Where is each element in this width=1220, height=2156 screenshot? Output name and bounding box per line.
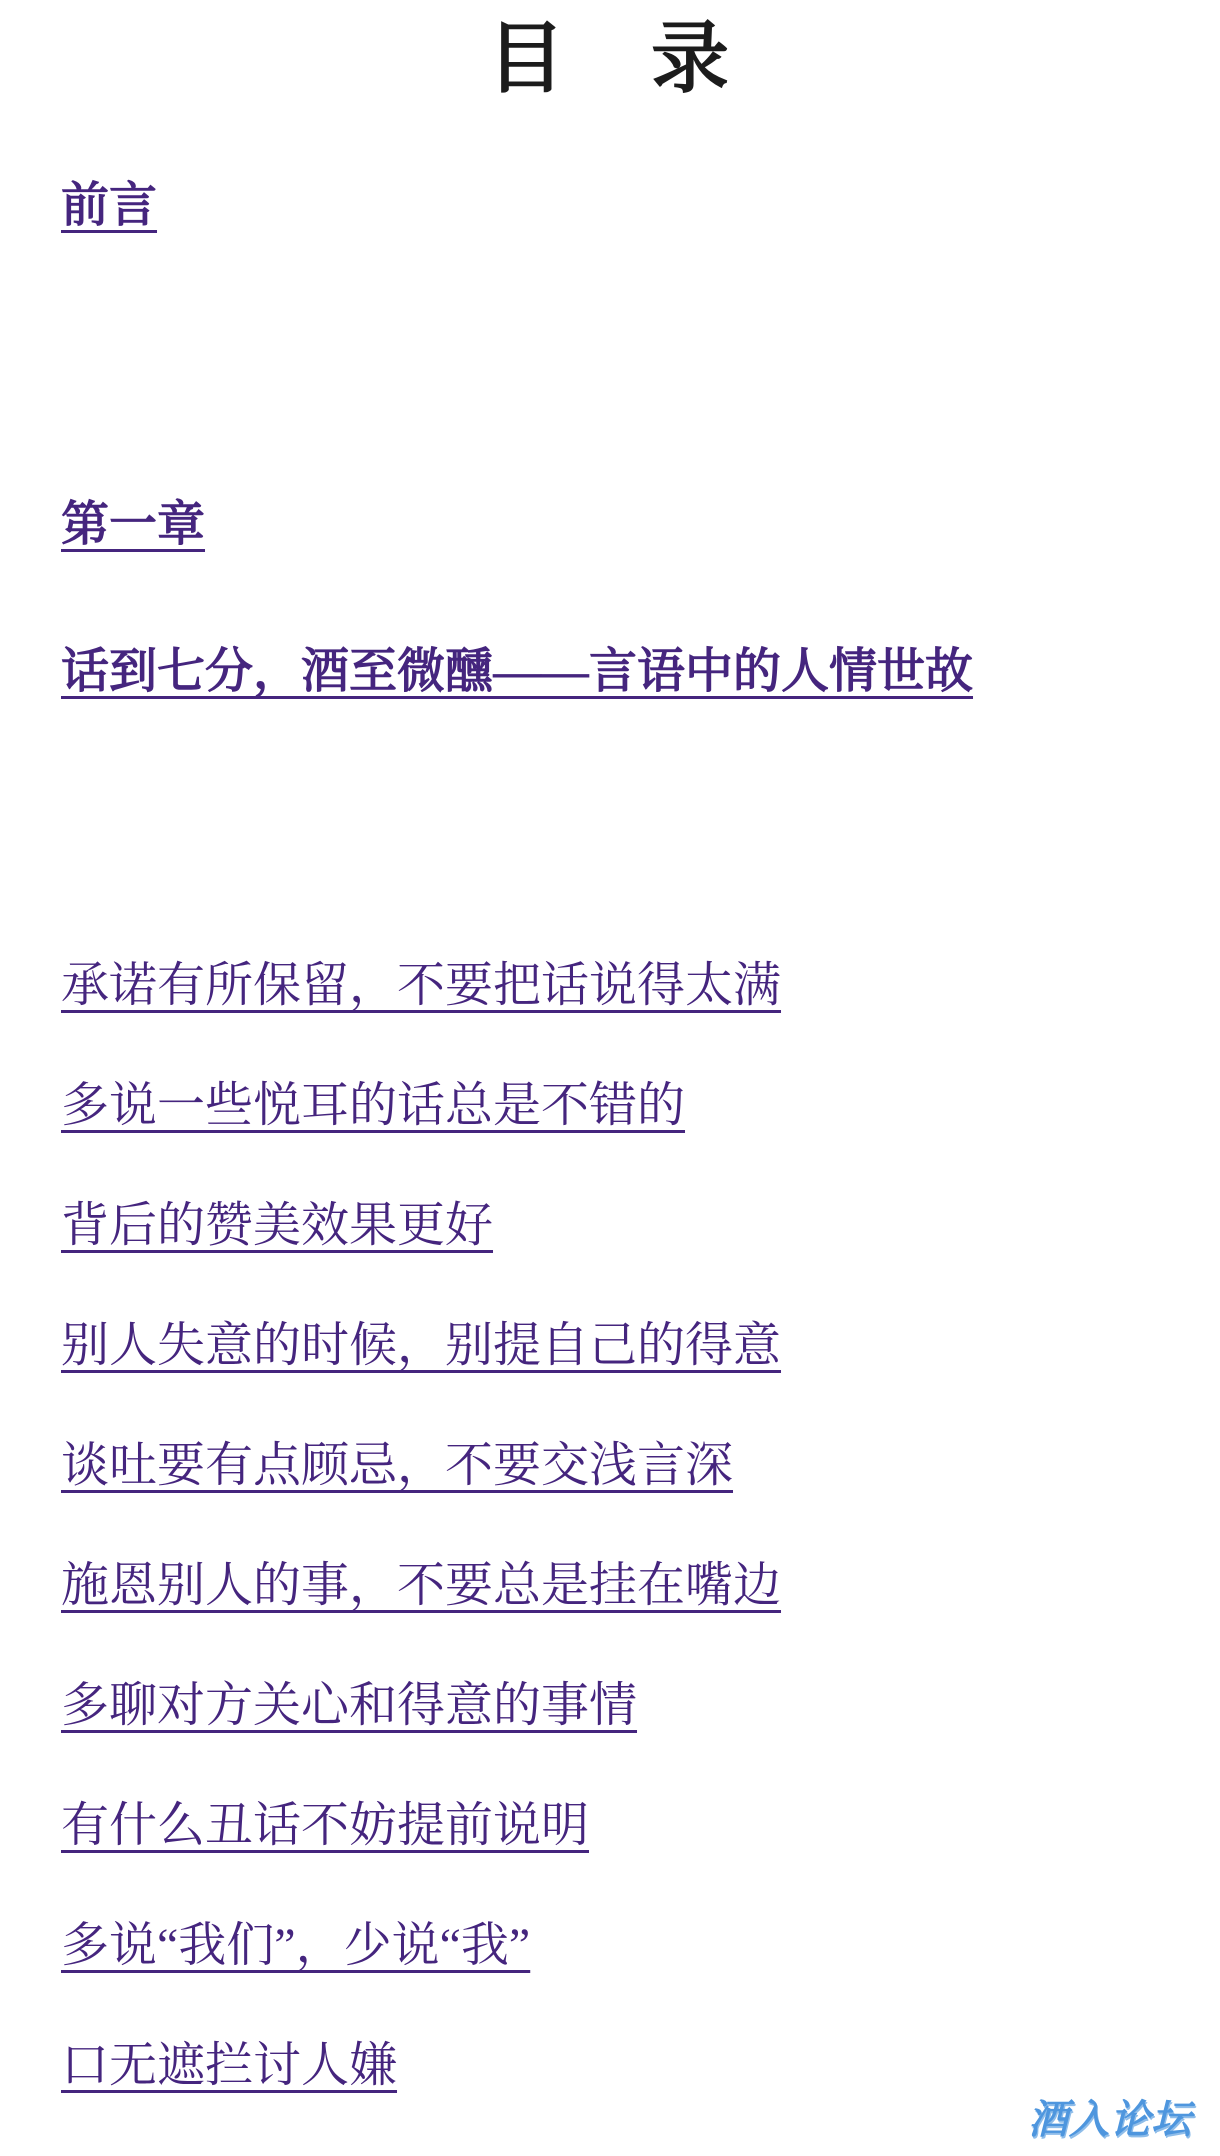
forum-watermark: 酒入论坛	[1028, 2088, 1192, 2145]
toc-item-link-6[interactable]: 施恩别人的事，不要总是挂在嘴边	[61, 1558, 781, 1613]
page-title: 目 录	[0, 18, 1220, 100]
toc-page: 目 录 前言 第一章 话到七分，酒至微醺——言语中的人情世故 承诺有所保留，不要…	[0, 0, 1220, 2156]
toc-item-link-5[interactable]: 谈吐要有点顾忌，不要交浅言深	[61, 1438, 733, 1493]
toc-item-link-2[interactable]: 多说一些悦耳的话总是不错的	[61, 1078, 685, 1133]
toc-item-link-1[interactable]: 承诺有所保留，不要把话说得太满	[61, 958, 781, 1013]
toc-item-link-4[interactable]: 别人失意的时候，别提自己的得意	[61, 1318, 781, 1373]
toc-item-link-7[interactable]: 多聊对方关心和得意的事情	[61, 1678, 637, 1733]
toc-link-chapter-1-subtitle[interactable]: 话到七分，酒至微醺——言语中的人情世故	[61, 644, 973, 699]
toc-item-link-8[interactable]: 有什么丑话不妨提前说明	[61, 1798, 589, 1853]
toc-item-link-9[interactable]: 多说“我们”，少说“我”	[61, 1918, 530, 1973]
toc-link-preface[interactable]: 前言	[61, 178, 157, 233]
toc-item-link-3[interactable]: 背后的赞美效果更好	[61, 1198, 493, 1253]
toc-link-chapter-1[interactable]: 第一章	[61, 497, 205, 552]
toc-item-link-10[interactable]: 口无遮拦讨人嫌	[61, 2038, 397, 2093]
